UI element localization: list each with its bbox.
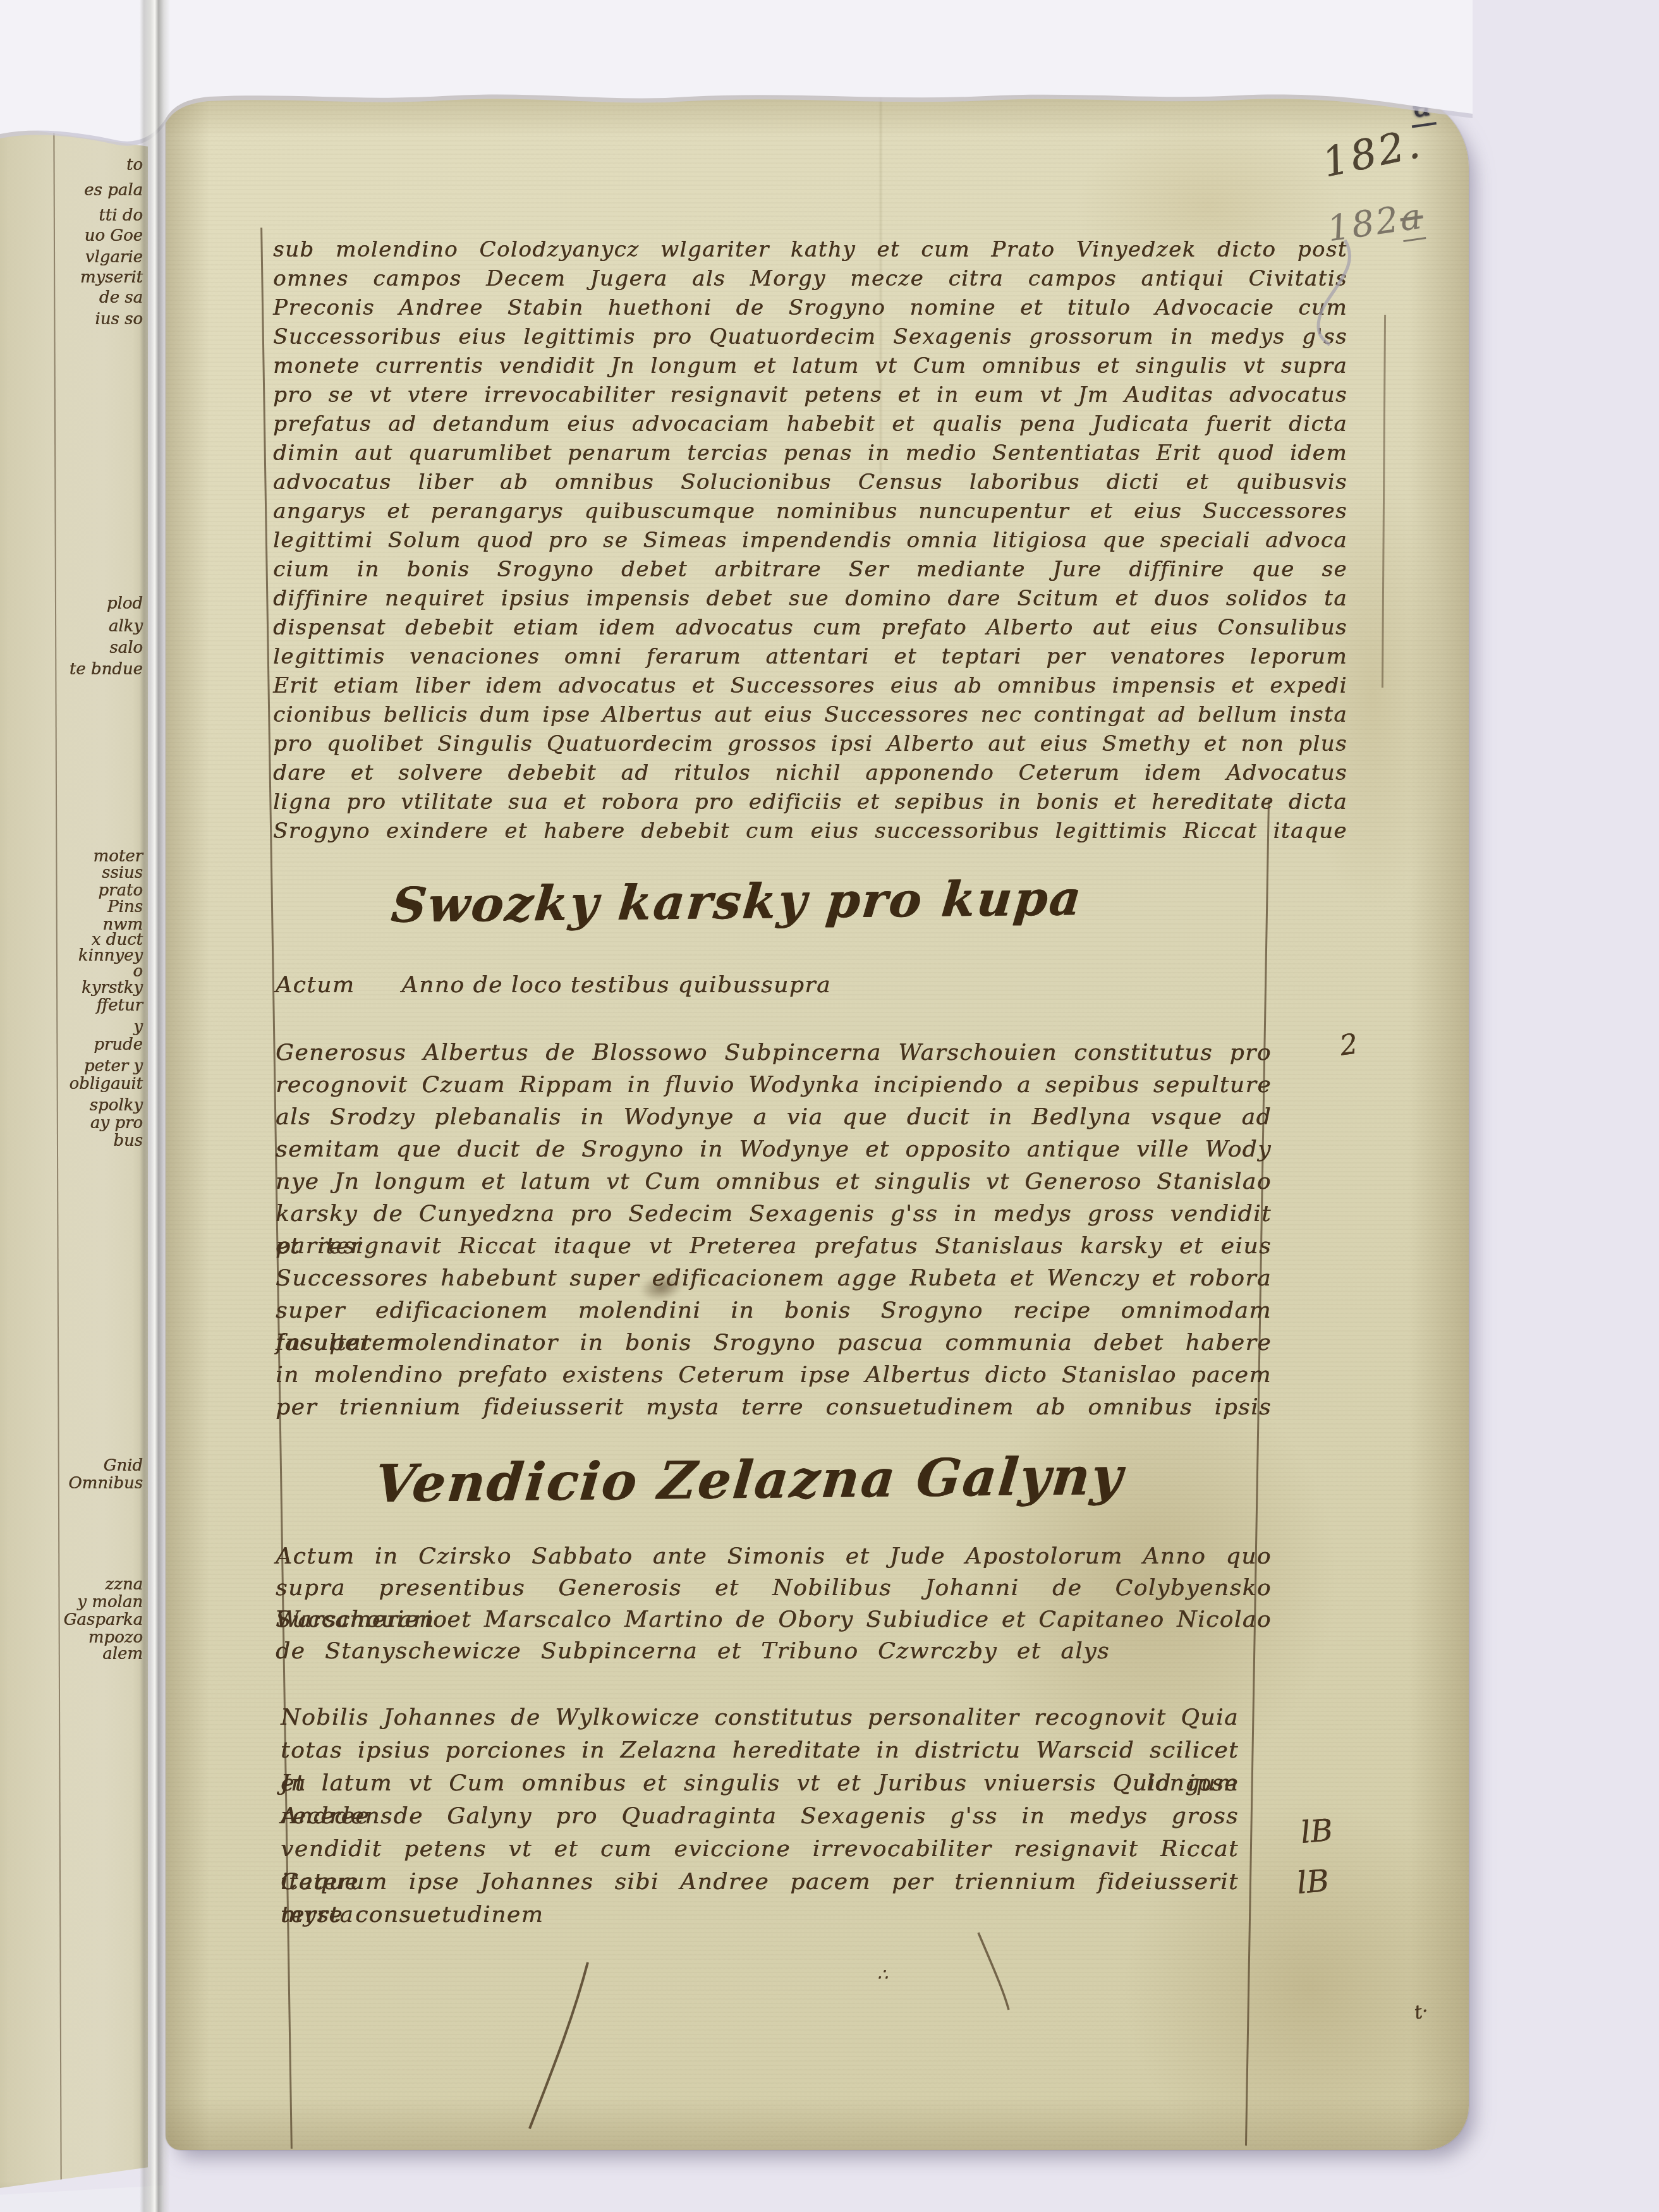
book-holder-strip (140, 0, 170, 2212)
descender-swash (530, 1962, 588, 2129)
descender-swash-2 (978, 1933, 1009, 2010)
manuscript-scan: { "folio": { "ink_number": "182.", "ink_… (0, 0, 1659, 2212)
hand-drawn-strokes (0, 0, 1659, 2212)
backing-sheet (0, 0, 1659, 164)
pencil-squiggle (1318, 240, 1350, 345)
sheet-paper (0, 0, 1473, 142)
